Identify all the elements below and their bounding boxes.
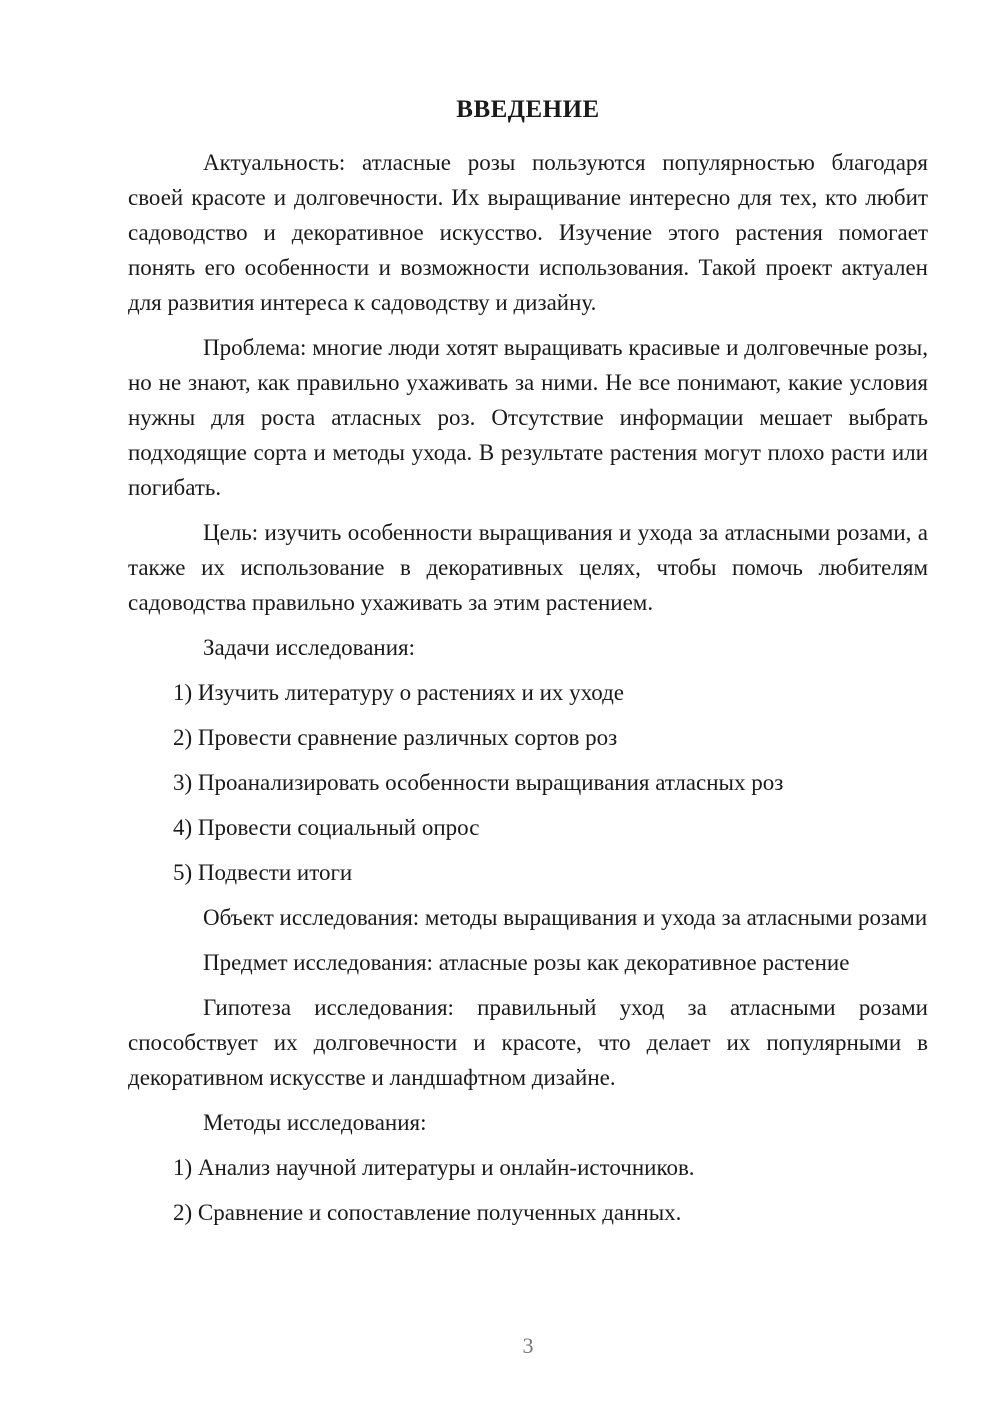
- task-item-1: 1) Изучить литературу о растениях и их у…: [173, 675, 928, 710]
- label-zadachi-issledovaniya: Задачи исследования:: [128, 630, 928, 665]
- page-number: 3: [128, 1328, 928, 1363]
- task-item-5: 5) Подвести итоги: [173, 855, 928, 890]
- paragraph-gipoteza: Гипотеза исследования: правильный уход з…: [128, 990, 928, 1095]
- task-item-2: 2) Провести сравнение различных сортов р…: [173, 720, 928, 755]
- paragraph-predmet: Предмет исследования: атласные розы как …: [128, 945, 928, 980]
- document-page: ВВЕДЕНИЕ Актуальность: атласные розы пол…: [0, 0, 1000, 1414]
- document-content: ВВЕДЕНИЕ Актуальность: атласные розы пол…: [128, 0, 928, 1240]
- method-item-2: 2) Сравнение и сопоставление полученных …: [173, 1195, 928, 1230]
- method-item-1: 1) Анализ научной литературы и онлайн-ис…: [173, 1150, 928, 1185]
- paragraph-tsel: Цель: изучить особенности выращивания и …: [128, 515, 928, 620]
- label-metody-issledovaniya: Методы исследования:: [128, 1105, 928, 1140]
- task-item-4: 4) Провести социальный опрос: [173, 810, 928, 845]
- document-title: ВВЕДЕНИЕ: [128, 92, 928, 127]
- paragraph-problema: Проблема: многие люди хотят выращивать к…: [128, 330, 928, 505]
- paragraph-obekt: Объект исследования: методы выращивания …: [128, 900, 928, 935]
- task-item-3: 3) Проанализировать особенности выращива…: [173, 765, 928, 800]
- paragraph-aktualnost: Актуальность: атласные розы пользуются п…: [128, 145, 928, 320]
